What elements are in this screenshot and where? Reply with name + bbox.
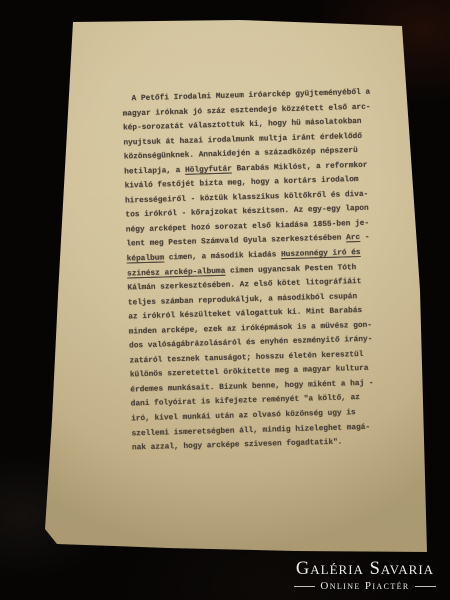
document-page: A Petőfi Irodalmi Muzeum iróarckép gyüjt… xyxy=(0,0,450,600)
watermark-subtitle: Online Piactér xyxy=(294,580,436,592)
photo-background: A Petőfi Irodalmi Muzeum iróarckép gyüjt… xyxy=(0,0,450,600)
typewritten-text: A Petőfi Irodalmi Muzeum iróarckép gyüjt… xyxy=(122,85,388,456)
watermark: Galéria Savaria Online Piactér xyxy=(294,560,436,592)
watermark-title: Galéria Savaria xyxy=(294,560,436,579)
watermark-subtitle-text: Online Piactér xyxy=(320,580,409,592)
watermark-rule-right xyxy=(415,586,436,587)
watermark-rule-left xyxy=(294,586,315,587)
